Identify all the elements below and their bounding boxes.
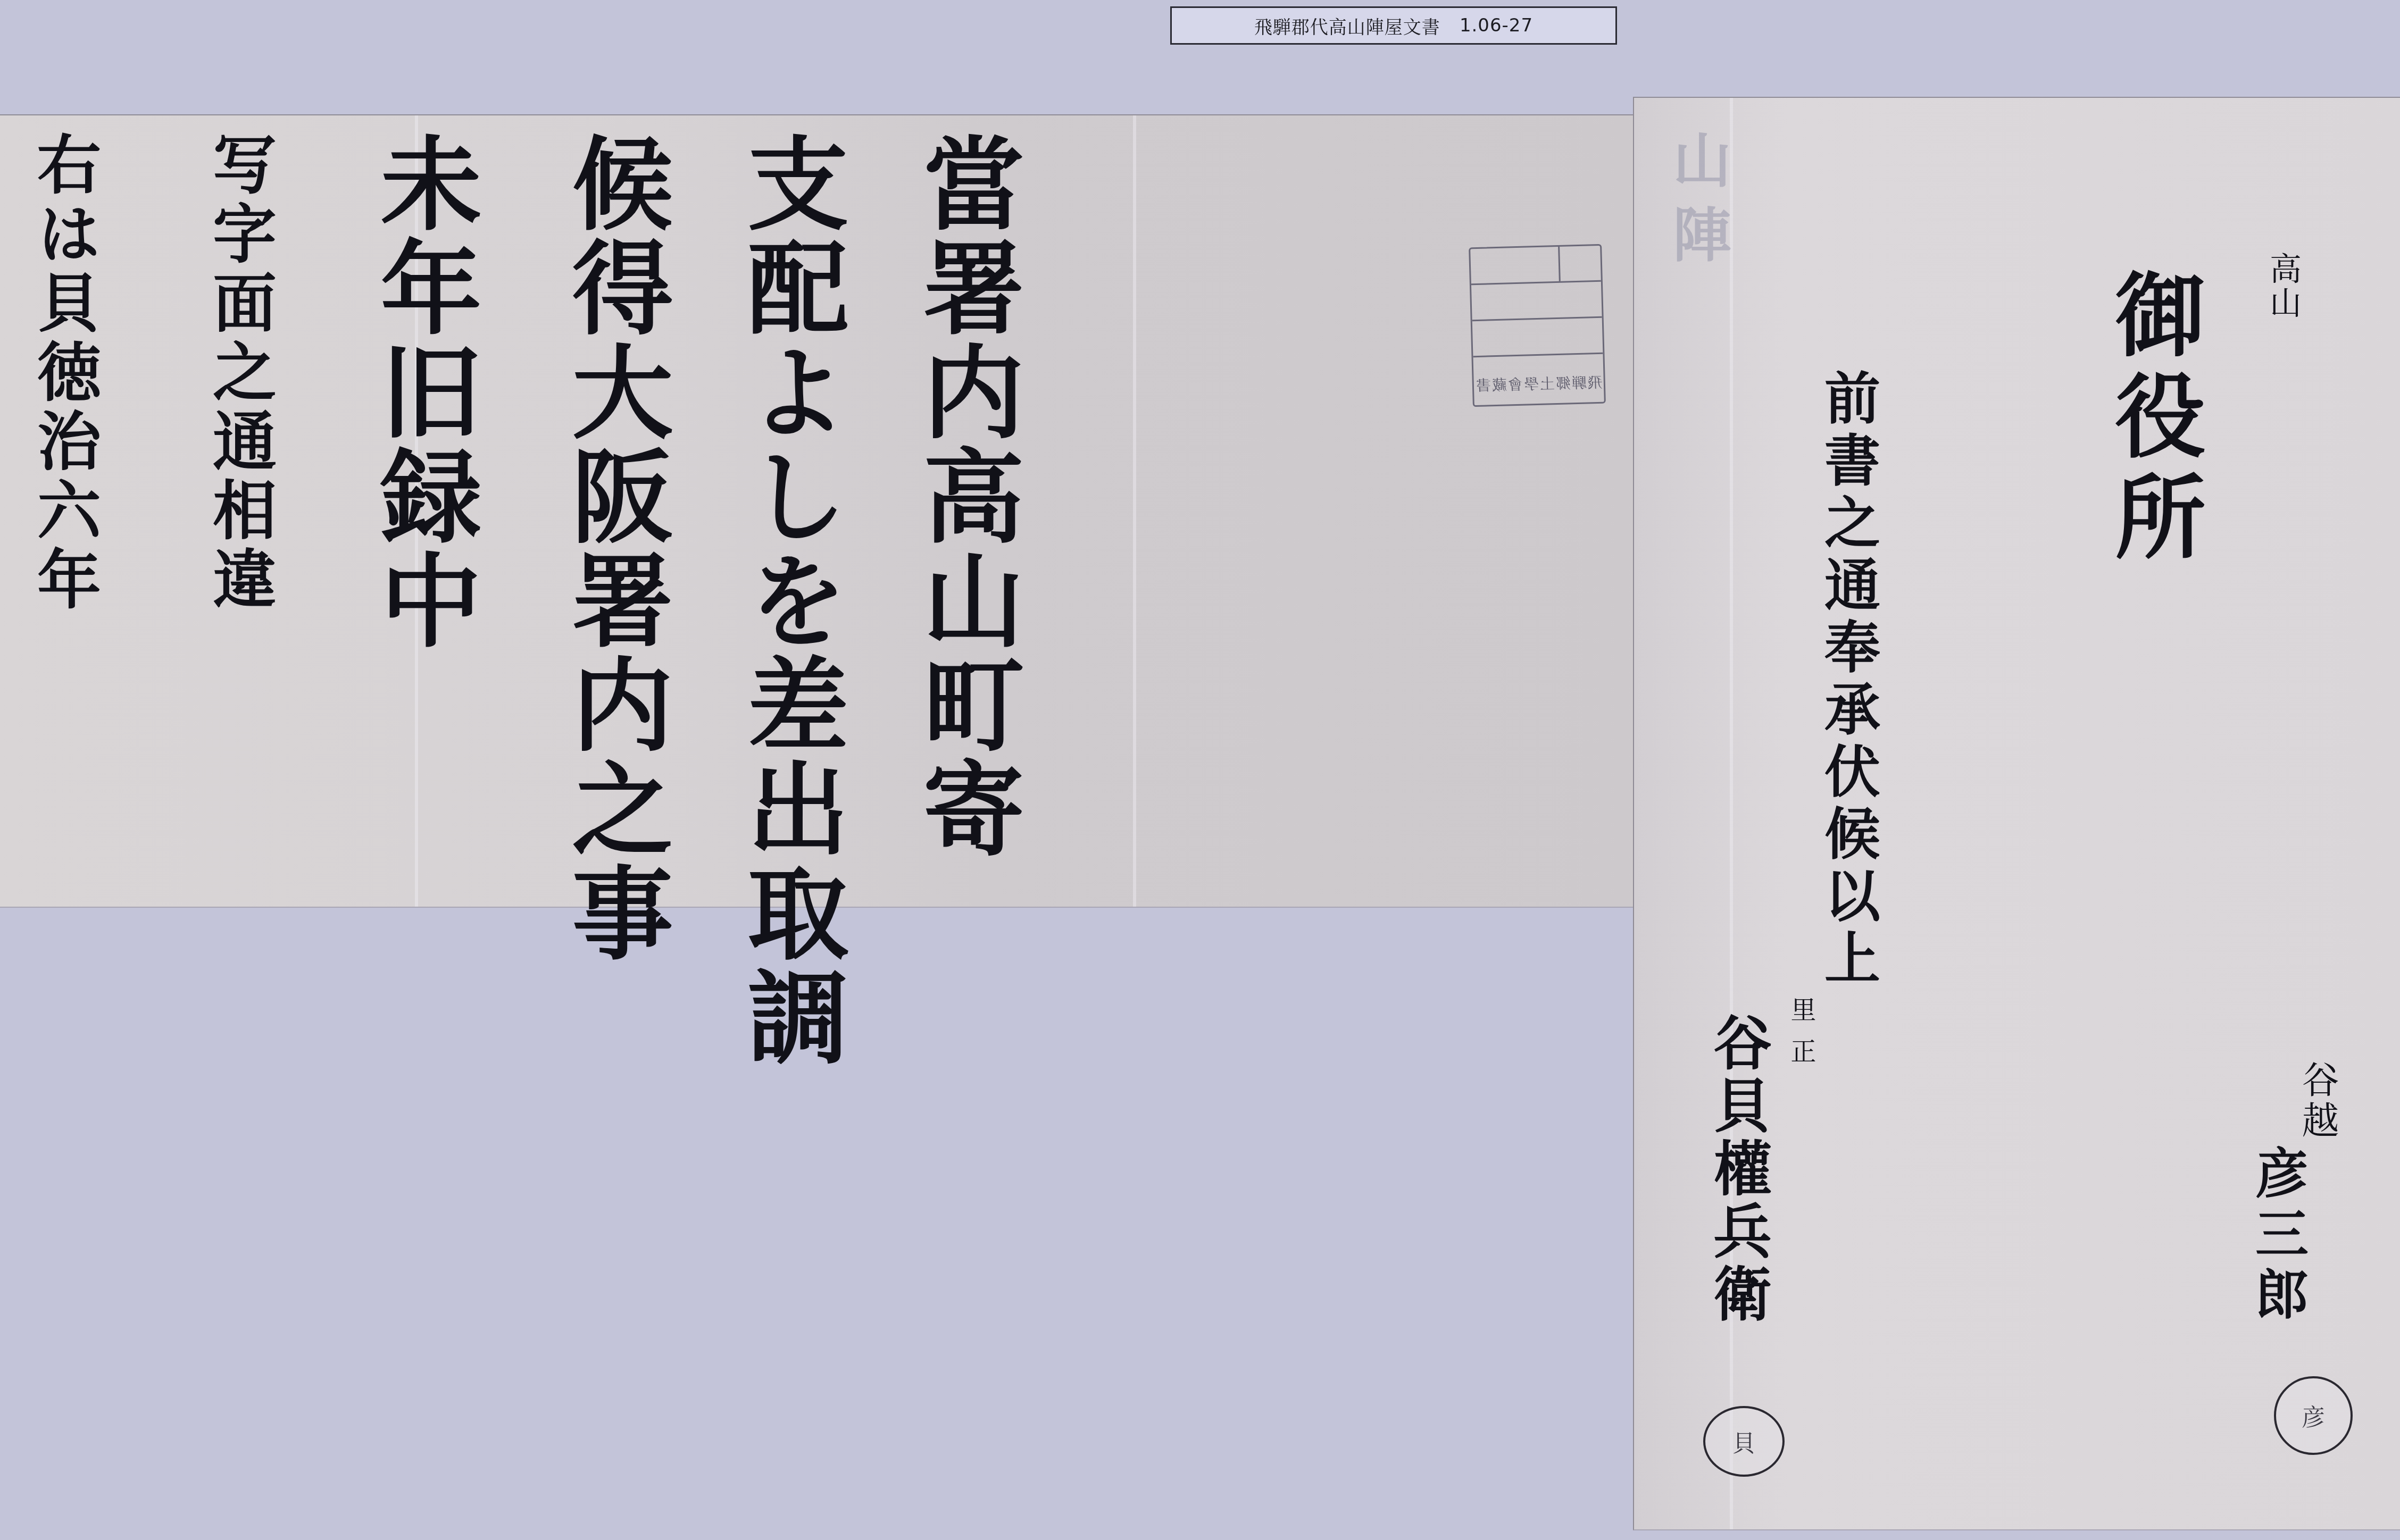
stamp-text: 飛騨郷土學會藏書 <box>1473 371 1604 396</box>
stamp-row <box>1470 246 1601 285</box>
stamp-row <box>1472 318 1603 357</box>
seal-1-text: 貝 <box>1732 1425 1756 1459</box>
calligraphy-column-4: 未年旧録中 <box>372 131 473 652</box>
personal-seal-2: 彦 <box>2274 1376 2353 1455</box>
bleed-through-text: 山陣 <box>1655 130 1739 279</box>
statement-column: 前書之通奉承伏候以上 <box>1820 369 1876 991</box>
signer-title: 里正 <box>1788 997 1814 1079</box>
address-small: 高山 <box>2267 252 2299 320</box>
calligraphy-column-6: 右は貝徳治六年 <box>32 131 96 615</box>
left-document-sheet: 當署内高山町寄 支配よしを差出取調 候得大阪署内之事 未年旧録中 写字面之通相違… <box>0 114 1634 908</box>
signer2-name: 彦三郎 <box>2251 1145 2304 1327</box>
calligraphy-column-1: 當署内高山町寄 <box>915 131 1016 861</box>
calligraphy-column-2: 支配よしを差出取調 <box>739 131 840 1069</box>
paper-fold <box>1133 115 1136 907</box>
signer-name: 谷貝權兵衛 <box>1709 1012 1767 1326</box>
stamp-row <box>1471 282 1602 321</box>
calligraphy-column-5: 写字面之通相違 <box>207 131 271 615</box>
archive-label: 飛騨郡代高山陣屋文書 1.06-27 <box>1170 6 1617 45</box>
archive-code: 1.06-27 <box>1460 15 1533 36</box>
library-ownership-stamp: 飛騨郷土學會藏書 <box>1469 244 1606 407</box>
address-main: 御役所 <box>2107 268 2198 571</box>
archive-title: 飛騨郡代高山陣屋文書 <box>1254 13 1440 39</box>
right-document-sheet: 山陣 高山 御役所 前書之通奉承伏候以上 里正 谷貝權兵衛 谷越 彦三郎 貝 彦 <box>1633 97 2400 1530</box>
seal-2-text: 彦 <box>2302 1399 2325 1433</box>
calligraphy-column-3: 候得大阪署内之事 <box>564 131 665 965</box>
signer2-village: 谷越 <box>2299 1060 2336 1141</box>
personal-seal-1: 貝 <box>1703 1406 1785 1477</box>
